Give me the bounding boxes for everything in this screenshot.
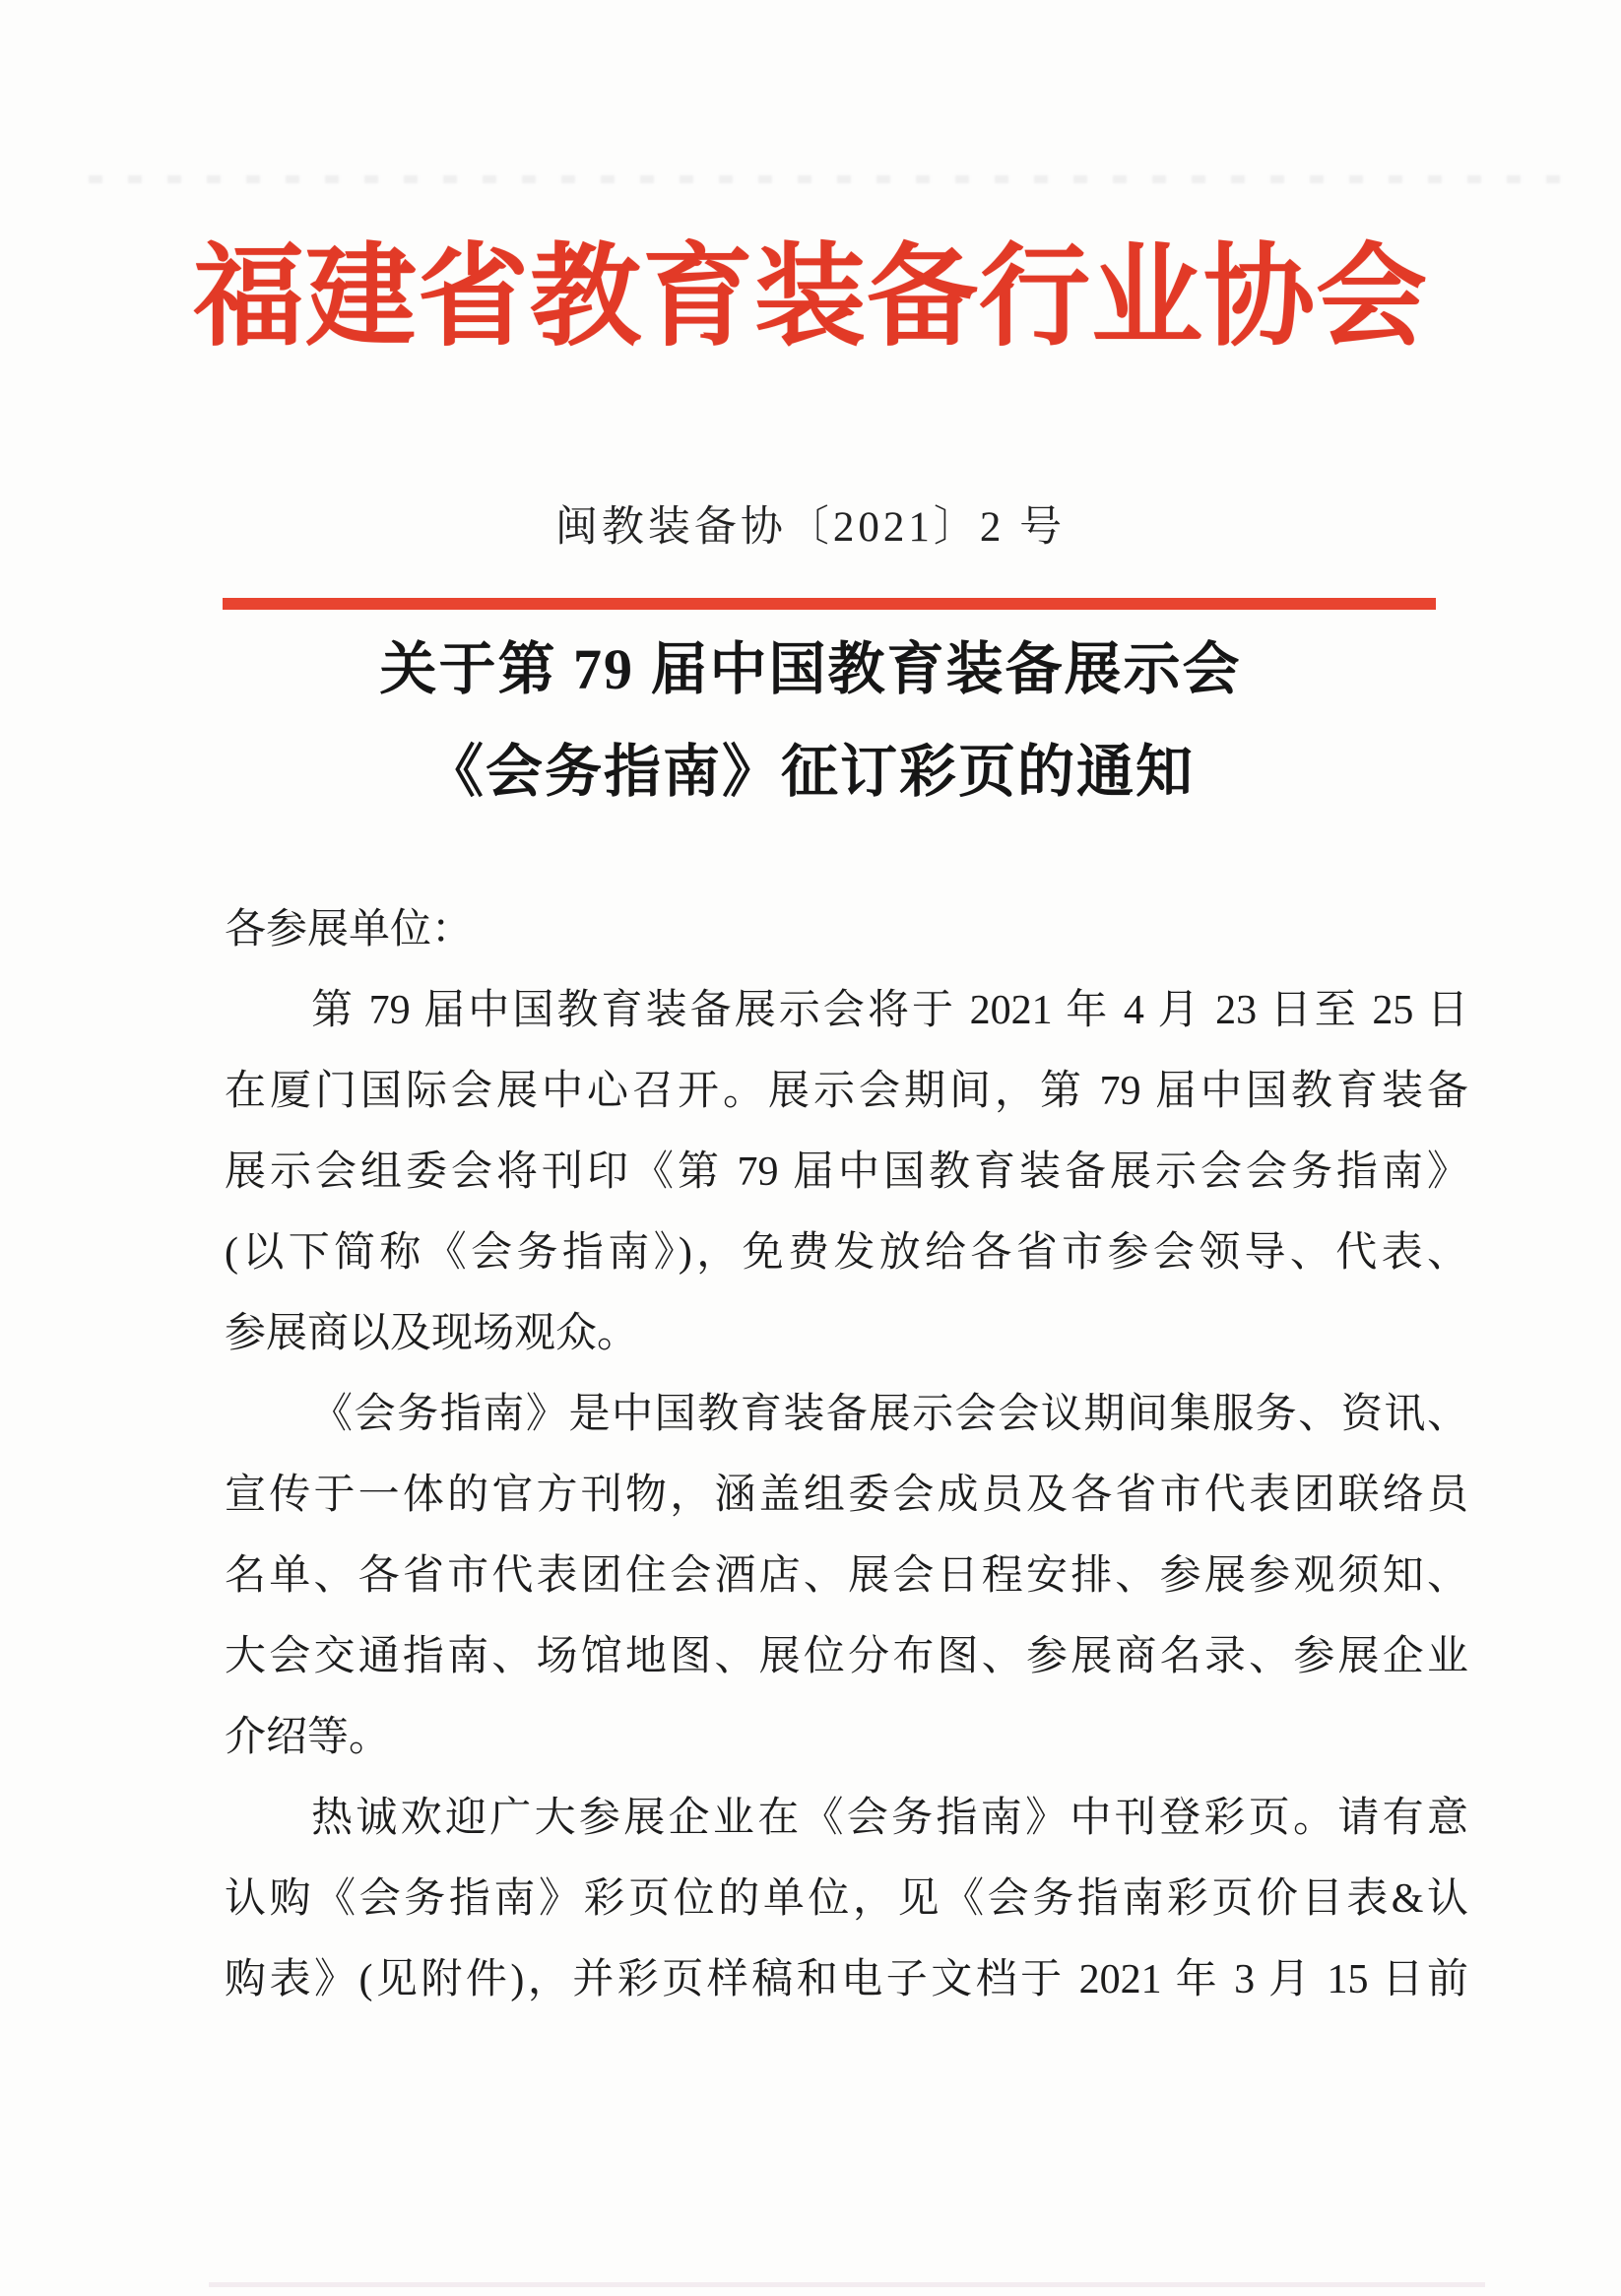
red-divider-line (223, 598, 1436, 610)
body-line: 认购《会务指南》彩页位的单位，见《会务指南彩页价目表&认 (225, 1859, 1468, 1939)
body-line: 热诚欢迎广大参展企业在《会务指南》中刊登彩页。请有意 (225, 1778, 1468, 1859)
document-number: 闽教装备协〔2021〕2 号 (0, 500, 1621, 556)
scan-noise-artifact (89, 175, 1562, 183)
org-letterhead-title: 福建省教育装备行业协会 (0, 225, 1621, 372)
notice-title-line1: 关于第 79 届中国教育装备展示会 (0, 619, 1621, 721)
body-line: 介绍等。 (225, 1697, 1468, 1778)
scan-artifact-line (209, 2282, 1485, 2287)
body-line: 参展商以及现场观众。 (225, 1293, 1468, 1374)
body-line: 宣传于一体的官方刊物，涵盖组委会成员及各省市代表团联络员 (225, 1455, 1468, 1536)
salutation-line: 各参展单位： (225, 889, 1468, 970)
body-line: 第 79 届中国教育装备展示会将于 2021 年 4 月 23 日至 25 日 (225, 970, 1468, 1051)
body-line: 在厦门国际会展中心召开。展示会期间，第 79 届中国教育装备 (225, 1051, 1468, 1132)
body-line: 名单、各省市代表团住会酒店、展会日程安排、参展参观须知、 (225, 1536, 1468, 1616)
notice-title: 关于第 79 届中国教育装备展示会 《会务指南》征订彩页的通知 (0, 619, 1621, 823)
body-line: 展示会组委会将刊印《第 79 届中国教育装备展示会会务指南》 (225, 1132, 1468, 1213)
notice-title-line2: 《会务指南》征订彩页的通知 (0, 721, 1621, 823)
body-line: 《会务指南》是中国教育装备展示会会议期间集服务、资讯、 (225, 1374, 1468, 1455)
notice-body: 各参展单位： 第 79 届中国教育装备展示会将于 2021 年 4 月 23 日… (225, 889, 1468, 2020)
body-line: (以下简称《会务指南》)，免费发放给各省市参会领导、代表、 (225, 1213, 1468, 1293)
scanned-notice-page: 福建省教育装备行业协会 闽教装备协〔2021〕2 号 关于第 79 届中国教育装… (0, 0, 1621, 2296)
body-line: 大会交通指南、场馆地图、展位分布图、参展商名录、参展企业 (225, 1616, 1468, 1697)
body-line: 购表》(见附件)，并彩页样稿和电子文档于 2021 年 3 月 15 日前 (225, 1939, 1468, 2020)
